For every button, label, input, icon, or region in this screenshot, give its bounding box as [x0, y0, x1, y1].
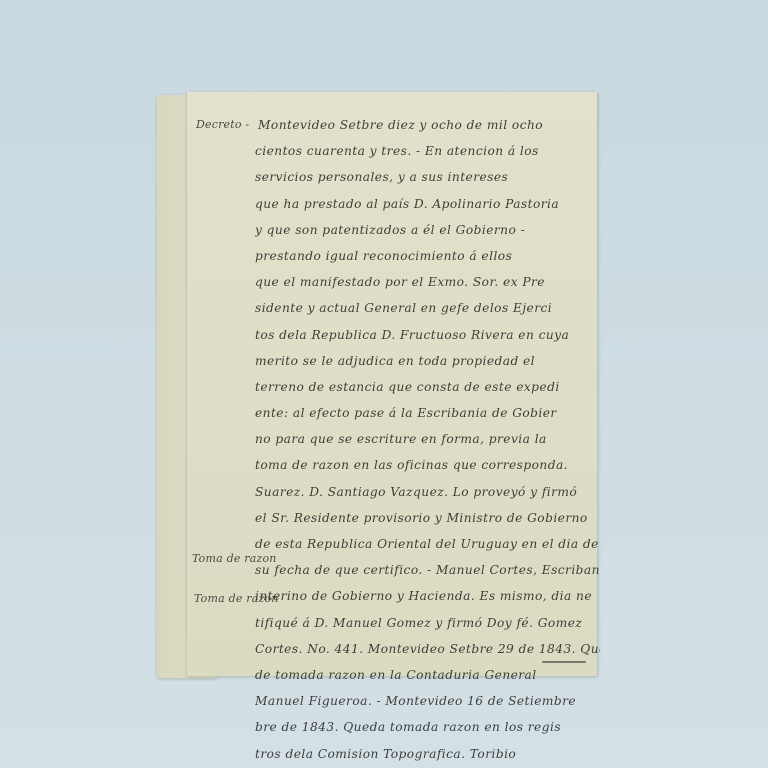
- manuscript-line: Suarez. D. Santiago Vazquez. Lo proveyó …: [255, 479, 600, 505]
- manuscript-line: ente: al efecto pase á la Escribania de …: [255, 400, 600, 426]
- manuscript-line: sidente y actual General en gefe delos E…: [255, 295, 600, 321]
- manuscript-line: terreno de estancia que consta de este e…: [255, 374, 600, 400]
- manuscript-line: de tomada razon en la Contaduria General: [255, 662, 600, 688]
- manuscript-line: y que son patentizados a él el Gobierno …: [255, 217, 600, 243]
- manuscript-line: Montevideo Setbre diez y ocho de mil och…: [255, 112, 600, 138]
- manuscript-line: tos dela Republica D. Fructuoso Rivera e…: [255, 322, 600, 348]
- manuscript-line: bre de 1843. Queda tomada razon en los r…: [255, 714, 600, 740]
- manuscript-line: no para que se escriture en forma, previ…: [255, 426, 600, 452]
- manuscript-line: merito se le adjudica en toda propiedad …: [255, 348, 600, 374]
- manuscript-line: Cortes. No. 441. Montevideo Setbre 29 de…: [255, 636, 600, 662]
- manuscript-line: de esta Republica Oriental del Uruguay e…: [255, 531, 600, 557]
- signature-flourish: [542, 661, 586, 663]
- manuscript-line: prestando igual reconocimiento á ellos: [255, 243, 600, 269]
- manuscript-line: servicios personales, y a sus intereses: [255, 164, 600, 190]
- manuscript-line: que el manifestado por el Exmo. Sor. ex …: [255, 269, 600, 295]
- manuscript-body: Montevideo Setbre diez y ocho de mil och…: [255, 112, 600, 767]
- manuscript-line: el Sr. Residente provisorio y Ministro d…: [255, 505, 600, 531]
- manuscript-line: su fecha de que certifico. - Manuel Cort…: [255, 557, 600, 583]
- manuscript-line: tifiqué á D. Manuel Gomez y firmó Doy fé…: [255, 610, 600, 636]
- margin-note-decreto: Decreto -: [196, 118, 249, 131]
- manuscript-line: interino de Gobierno y Hacienda. Es mism…: [255, 583, 600, 609]
- manuscript-line: que ha prestado al país D. Apolinario Pa…: [255, 191, 600, 217]
- manuscript-line: tros dela Comision Topografica. Toribio: [255, 741, 600, 767]
- manuscript-line: toma de razon en las oficinas que corres…: [255, 452, 600, 478]
- manuscript-line: cientos cuarenta y tres. - En atencion á…: [255, 138, 600, 164]
- manuscript-line: Manuel Figueroa. - Montevideo 16 de Seti…: [255, 688, 600, 714]
